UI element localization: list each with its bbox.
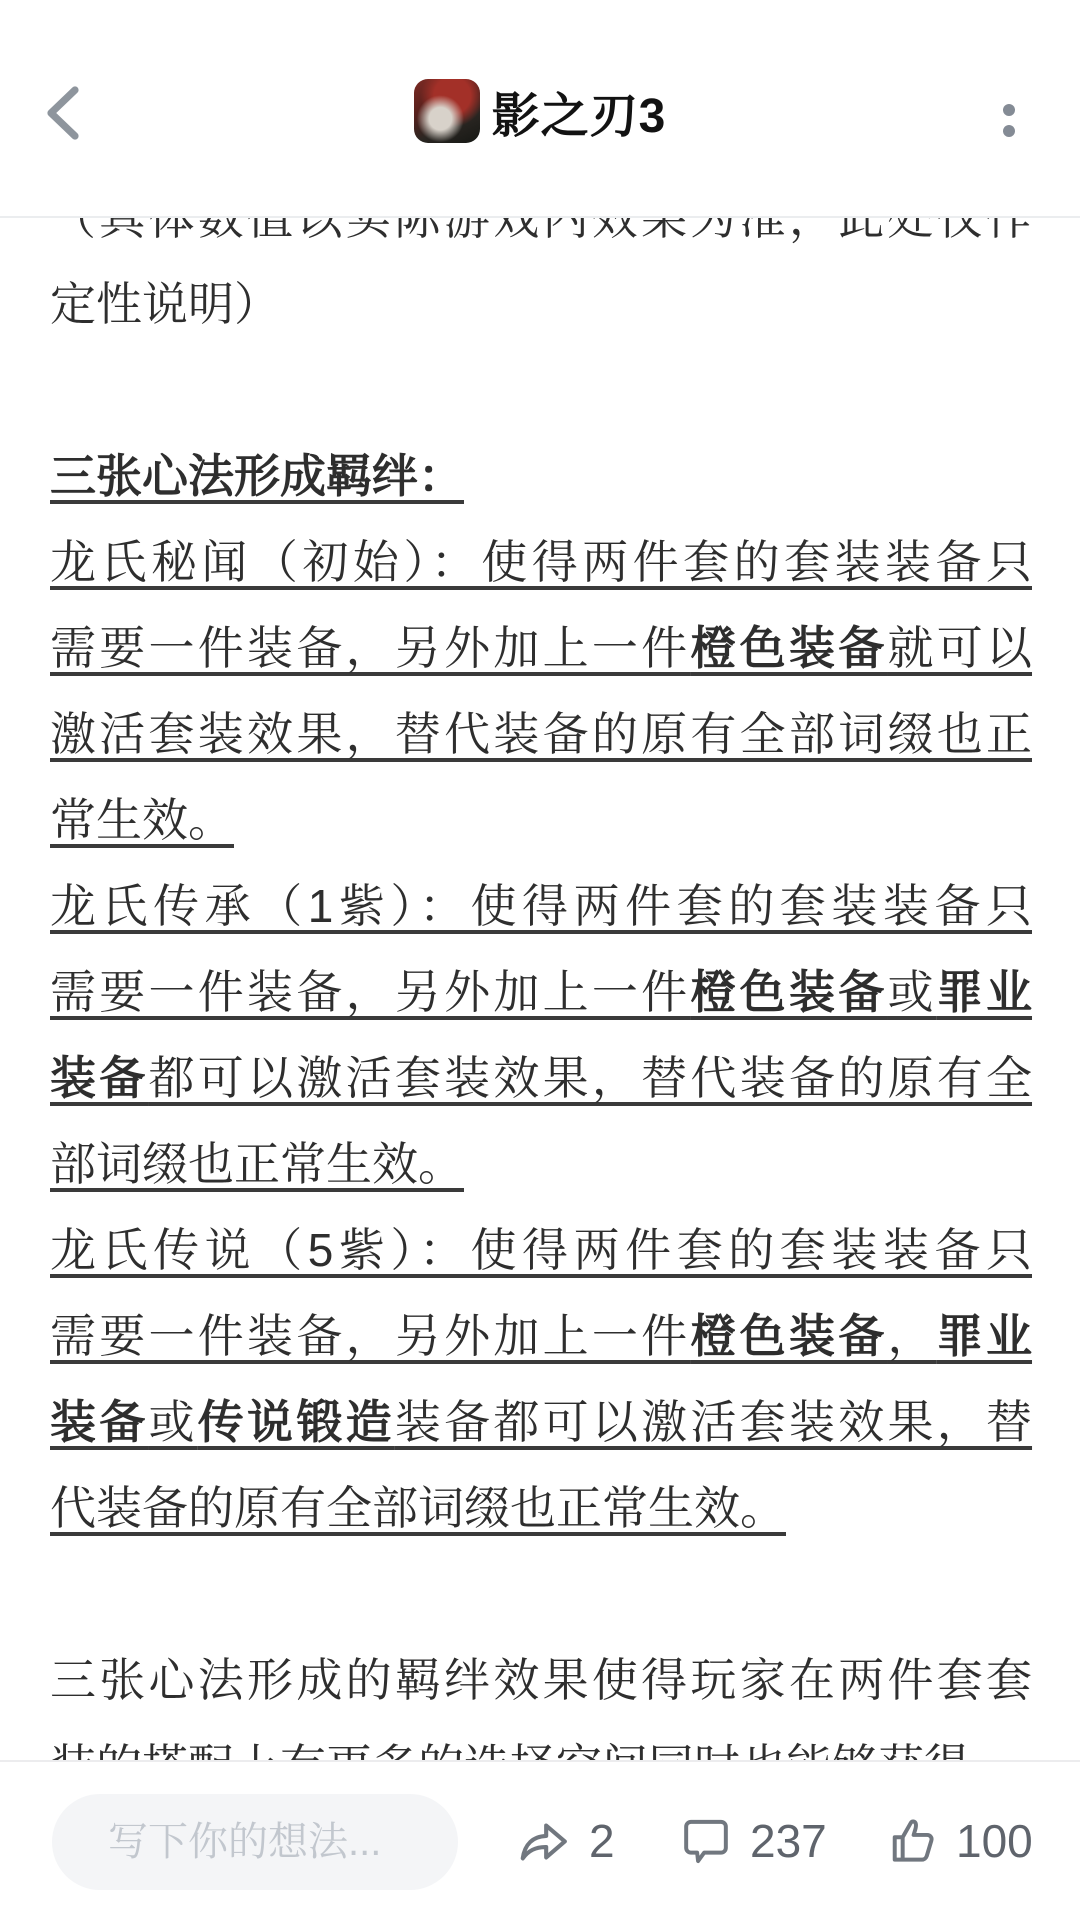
text-line: 龙氏传说（5紫）：使得两件套的套装装备只 bbox=[50, 1207, 1032, 1293]
comment-count: 237 bbox=[750, 1814, 827, 1868]
article-body: （具体数值以实际游戏内效果为准，此处仅作定性说明）三张心法形成羁绊：龙氏秘闻（初… bbox=[50, 175, 1032, 1809]
game-avatar bbox=[414, 79, 480, 143]
thumbs-up-icon bbox=[884, 1812, 940, 1870]
text-line: 三张心法形成的羁绊效果使得玩家在两件套套 bbox=[50, 1637, 1032, 1723]
share-button[interactable]: 2 bbox=[515, 1810, 615, 1872]
channel-title-block[interactable]: 影之刃3 bbox=[0, 76, 1080, 146]
comment-input[interactable] bbox=[52, 1794, 458, 1890]
paragraph: 三张心法形成羁绊： bbox=[50, 433, 1032, 519]
bottom-action-bar: 2 237 100 bbox=[0, 1760, 1080, 1920]
text-line: 龙氏秘闻（初始）：使得两件套的套装装备只 bbox=[50, 519, 1032, 605]
like-button[interactable]: 100 bbox=[884, 1810, 1033, 1872]
comment-button[interactable]: 237 bbox=[678, 1810, 827, 1872]
comment-bubble-icon bbox=[678, 1812, 734, 1870]
paragraph: 龙氏传说（5紫）：使得两件套的套装装备只需要一件装备，另外加上一件橙色装备，罪业… bbox=[50, 1207, 1032, 1551]
share-arrow-icon bbox=[515, 1812, 573, 1870]
text-line: 常生效。 bbox=[50, 777, 1032, 863]
more-menu-button[interactable] bbox=[992, 104, 1026, 164]
text-line: 装备或传说锻造装备都可以激活套装效果，替 bbox=[50, 1379, 1032, 1465]
text-line: 龙氏传承（1紫）：使得两件套的套装装备只 bbox=[50, 863, 1032, 949]
text-line: 需要一件装备，另外加上一件橙色装备就可以 bbox=[50, 605, 1032, 691]
text-line: 定性说明） bbox=[50, 261, 1032, 347]
dot-icon bbox=[1003, 125, 1015, 137]
text-line: 部词缀也正常生效。 bbox=[50, 1121, 1032, 1207]
dot-icon bbox=[1003, 104, 1015, 116]
paragraph: 龙氏传承（1紫）：使得两件套的套装装备只需要一件装备，另外加上一件橙色装备或罪业… bbox=[50, 863, 1032, 1207]
text-line: 代装备的原有全部词缀也正常生效。 bbox=[50, 1465, 1032, 1551]
like-count: 100 bbox=[956, 1814, 1033, 1868]
text-line: 需要一件装备，另外加上一件橙色装备，罪业 bbox=[50, 1293, 1032, 1379]
text-line: 三张心法形成羁绊： bbox=[50, 433, 1032, 519]
page-title: 影之刃3 bbox=[492, 77, 667, 146]
text-line: 激活套装效果，替代装备的原有全部词缀也正 bbox=[50, 691, 1032, 777]
text-line: 需要一件装备，另外加上一件橙色装备或罪业 bbox=[50, 949, 1032, 1035]
header: 影之刃3 bbox=[0, 0, 1080, 218]
share-count: 2 bbox=[589, 1814, 615, 1868]
paragraph: 龙氏秘闻（初始）：使得两件套的套装装备只需要一件装备，另外加上一件橙色装备就可以… bbox=[50, 519, 1032, 863]
text-line: 装备都可以激活套装效果，替代装备的原有全 bbox=[50, 1035, 1032, 1121]
